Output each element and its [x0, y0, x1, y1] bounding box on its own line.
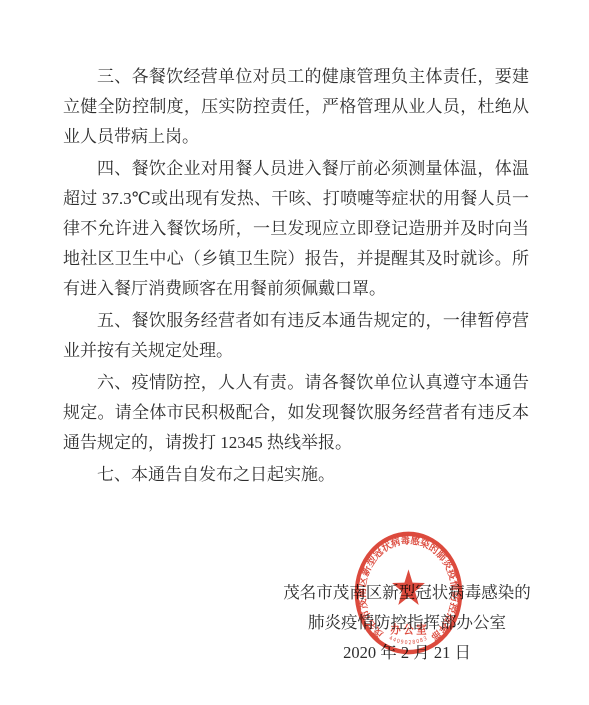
- notice-paragraph-5: 五、餐饮服务经营者如有违反本通告规定的，一律暂停营业并按有关规定处理。: [63, 306, 529, 366]
- notice-document: 三、各餐饮经营单位对员工的健康管理负主体责任，要建立健全防控制度，压实防控责任，…: [0, 0, 589, 705]
- signature-org-line2: 肺炎疫情防控指挥部办公室: [283, 608, 531, 638]
- notice-paragraph-6: 六、疫情防控，人人有责。请各餐饮单位认真遵守本通告规定。请全体市民积极配合，如发…: [63, 368, 529, 458]
- notice-paragraph-3: 三、各餐饮经营单位对员工的健康管理负主体责任，要建立健全防控制度，压实防控责任，…: [63, 62, 529, 152]
- notice-paragraph-7: 七、本通告自发布之日起实施。: [63, 460, 529, 490]
- signature-date: 2020 年 2 月 21 日: [283, 638, 531, 668]
- notice-body: 三、各餐饮经营单位对员工的健康管理负主体责任，要建立健全防控制度，压实防控责任，…: [63, 62, 529, 490]
- signature-org-line1: 茂名市茂南区新型冠状病毒感染的: [283, 578, 531, 608]
- notice-paragraph-4: 四、餐饮企业对用餐人员进入餐厅前必须测量体温，体温超过 37.3℃或出现有发热、…: [63, 154, 529, 304]
- signature-block: 茂名市茂南区新型冠状病毒感染的 肺炎疫情防控指挥部办公室 2020 年 2 月 …: [283, 578, 531, 668]
